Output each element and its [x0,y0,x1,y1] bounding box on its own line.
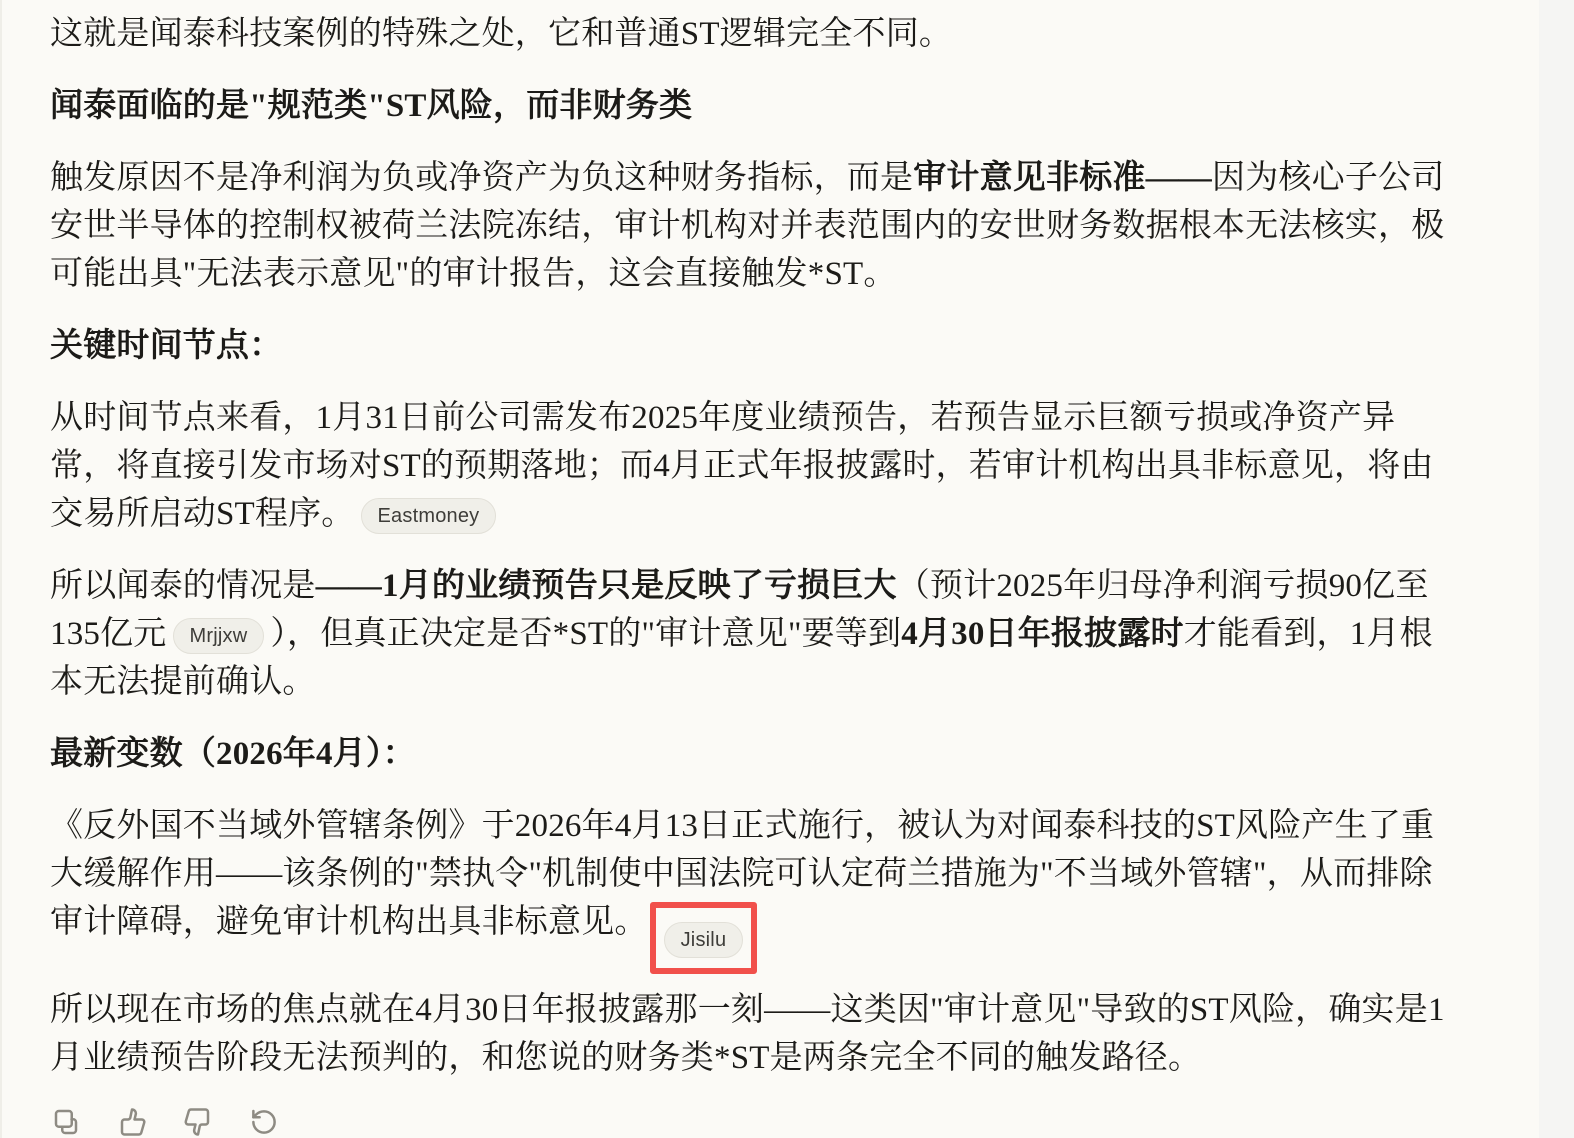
bold-text: 4月30日年报披露时 [901,616,1184,652]
text-run: ），但真正决定是否*ST的"审计意见"要等到 [270,616,901,652]
bold-text: 最新变数（2026年4月）： [50,736,416,772]
retry-icon [249,1107,279,1137]
thumbs-up-button[interactable] [116,1106,148,1138]
message-actions-row [50,1106,1452,1138]
bold-text: 闻泰面临的是"规范类"ST风险，而非财务类 [50,88,692,124]
paragraph: 所以现在市场的焦点就在4月30日年报披露那一刻——这类因"审计意见"导致的ST风… [50,986,1452,1082]
copy-button[interactable] [50,1106,82,1138]
citation-badge-eastmoney[interactable]: Eastmoney [361,498,497,534]
message-content: 这就是闻泰科技案例的特殊之处，它和普通ST逻辑完全不同。闻泰面临的是"规范类"S… [50,10,1452,1082]
thumbs-down-button[interactable] [182,1106,214,1138]
text-run: 所以现在市场的焦点就在4月30日年报披露那一刻——这类因"审计意见"导致的ST风… [50,992,1445,1076]
bold-text: ——1月的业绩预告只是反映了亏损巨大 [316,568,897,604]
text-run: 从时间节点来看，1月31日前公司需发布2025年度业绩预告，若预告显示巨额亏损或… [50,400,1434,532]
paragraph: 从时间节点来看，1月31日前公司需发布2025年度业绩预告，若预告显示巨额亏损或… [50,394,1452,538]
citation-badge-jisilu[interactable]: Jisilu [664,922,744,958]
heading: 闻泰面临的是"规范类"ST风险，而非财务类 [50,82,1452,130]
text-run: 所以闻泰的情况是 [50,568,316,604]
thumbs-up-icon [117,1107,147,1137]
heading: 最新变数（2026年4月）： [50,730,1452,778]
copy-icon [51,1107,81,1137]
annotation-highlight-box: Jisilu [650,902,758,974]
thumbs-down-icon [183,1107,213,1137]
paragraph: 《反外国不当域外管辖条例》于2026年4月13日正式施行，被认为对闻泰科技的ST… [50,802,1452,962]
citation-badge-mrjjxw[interactable]: Mrjjxw [173,618,265,654]
assistant-message: 这就是闻泰科技案例的特殊之处，它和普通ST逻辑完全不同。闻泰面临的是"规范类"S… [50,10,1452,1138]
bold-text: 审计意见非标准—— [913,160,1212,196]
heading: 关键时间节点： [50,322,1452,370]
retry-button[interactable] [248,1106,280,1138]
bold-text: 关键时间节点： [50,328,282,364]
text-run: 触发原因不是净利润为负或净资产为负这种财务指标，而是 [50,160,913,196]
window-edge-strip [1539,0,1574,1138]
paragraph: 触发原因不是净利润为负或净资产为负这种财务指标，而是审计意见非标准——因为核心子… [50,154,1452,298]
paragraph: 这就是闻泰科技案例的特殊之处，它和普通ST逻辑完全不同。 [50,10,1452,58]
text-run: 这就是闻泰科技案例的特殊之处，它和普通ST逻辑完全不同。 [50,16,952,52]
paragraph: 所以闻泰的情况是——1月的业绩预告只是反映了亏损巨大（预计2025年归母净利润亏… [50,562,1452,706]
